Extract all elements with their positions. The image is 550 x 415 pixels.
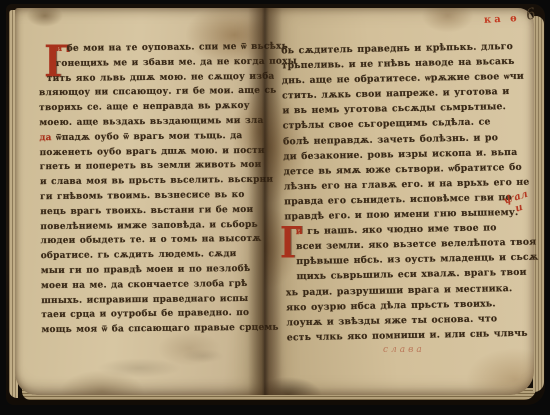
rubric-word: да (39, 133, 56, 143)
left-page-text: и бе мои на те оуповахь. спи ме ѿ вьсѣхь… (38, 40, 257, 338)
manuscript-line: моеи на ме. да скончаетсе злоба грѣ (41, 277, 257, 294)
kathisma-heading: ка ѳ (484, 13, 520, 26)
page-smudge (75, 348, 235, 388)
manuscript-photo: Г и бе мои на те оуповахь. спи ме ѿ вьсѣ… (0, 0, 550, 415)
catchword: слава (383, 345, 425, 355)
rubric-word: и (296, 226, 308, 237)
manuscript-line: гонещихь ме и збави ме. да не когда похы (39, 55, 255, 72)
manuscript-line: нець врагь твоихь. вьстани ги бе мои (40, 203, 256, 220)
right-page-text: бь сѫдитель праведнь и крѣпькь. дльготрь… (281, 39, 535, 346)
manuscript-line: да ѿпадѫ оубо ѿ врагь мои тьщь. да (39, 129, 255, 146)
manuscript-line: мощь моя ѿ ба спсающаго правые срцемь (41, 321, 257, 338)
rubric-word: и (55, 44, 66, 54)
